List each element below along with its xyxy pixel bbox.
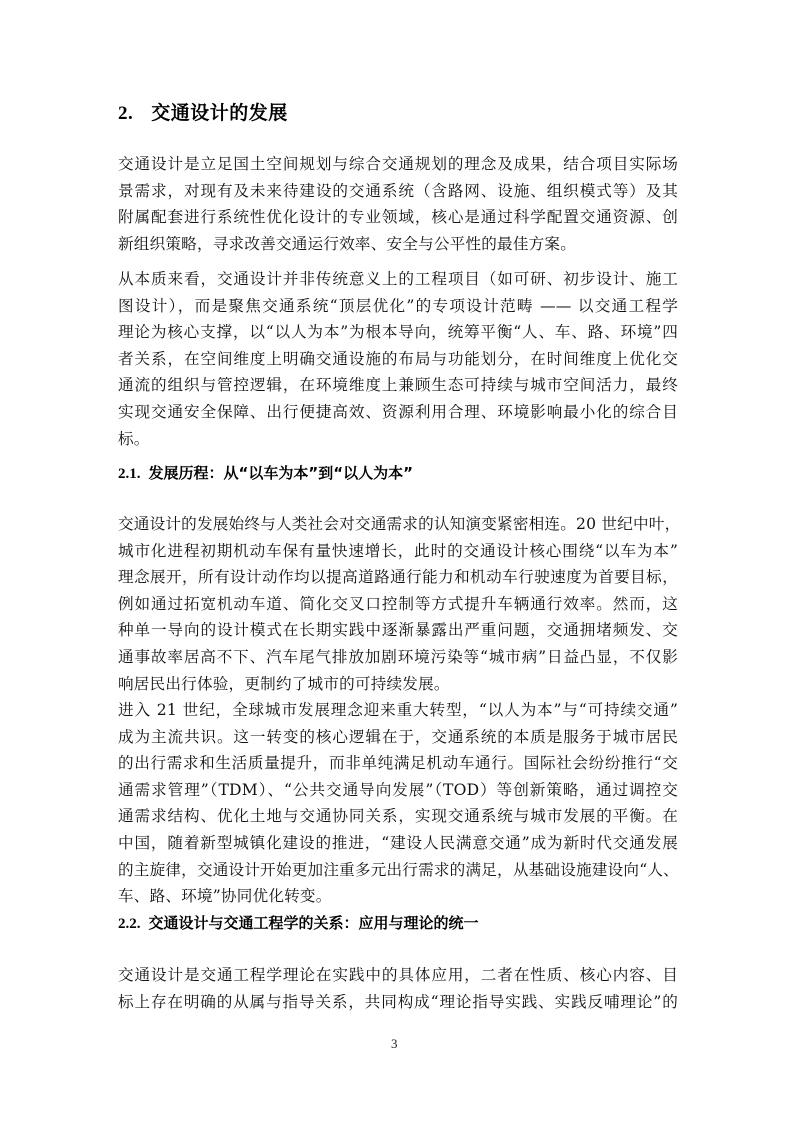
paragraph-21st-century: 进入 21 世纪，全球城市发展理念迎来重大转型，“以人为本”与“可持续交通” 成… xyxy=(118,697,678,910)
page-number: 3 xyxy=(391,1036,398,1052)
text-line: 从本质来看，交通设计并非传统意义上的工程项目（如可研、初步设计、施工 xyxy=(118,266,678,293)
text-line: 中国，随着新型城镇化建设的推进，“建设人民满意交通”成为新时代交通发展 xyxy=(118,830,678,857)
text-line: 进入 21 世纪，全球城市发展理念迎来重大转型，“以人为本”与“可持续交通” xyxy=(118,697,678,724)
text-line: 图设计），而是聚焦交通系统“顶层优化”的专项设计范畴 —— 以交通工程学 xyxy=(118,293,678,320)
text-line: 交通设计的发展始终与人类社会对交通需求的认知演变紧密相连。20 世纪中叶， xyxy=(118,511,678,538)
text-line: 标上存在明确的从属与指导关系，共同构成“理论指导实践、实践反哺理论”的 xyxy=(118,989,678,1016)
text-line: 通事故率居高不下、汽车尾气排放加剧环境污染等“城市病”日益凸显，不仅影 xyxy=(118,644,678,671)
text-line: 标。 xyxy=(118,426,678,453)
text-line: 新组织策略，寻求改善交通运行效率、安全与公平性的最佳方案。 xyxy=(118,231,678,258)
text-line: 种单一导向的设计模式在长期实践中逐渐暴露出严重问题，交通拥堵频发、交 xyxy=(118,617,678,644)
subsection-number: 2.1. xyxy=(118,466,141,482)
section-title: 交通设计的发展 xyxy=(151,102,288,124)
text-line: 交通设计是交通工程学理论在实践中的具体应用，二者在性质、核心内容、目 xyxy=(118,962,678,989)
subsection-heading-2-2: 2.2.交通设计与交通工程学的关系：应用与理论的统一 xyxy=(118,912,479,933)
text-line: 通需求结构、优化土地与交通协同关系，实现交通系统与城市发展的平衡。在 xyxy=(118,803,678,830)
text-line: 通流的组织与管控逻辑，在环境维度上兼顾生态可持续与城市空间活力，最终 xyxy=(118,372,678,399)
text-line: 成为主流共识。这一转变的核心逻辑在于，交通系统的本质是服务于城市居民 xyxy=(118,724,678,751)
text-line: 理念展开，所有设计动作均以提高道路通行能力和机动车行驶速度为首要目标， xyxy=(118,564,678,591)
section-heading: 2.交通设计的发展 xyxy=(118,98,288,125)
text-line: 的出行需求和生活质量提升，而非单纯满足机动车通行。国际社会纷纷推行“交 xyxy=(118,750,678,777)
text-line: 者关系，在空间维度上明确交通设施的布局与功能划分，在时间维度上优化交 xyxy=(118,346,678,373)
text-line: 理论为核心支撑，以“以人为本”为根本导向，统筹平衡“人、车、路、环境”四 xyxy=(118,319,678,346)
section-number: 2. xyxy=(118,103,133,124)
text-line: 景需求，对现有及未来待建设的交通系统（含路网、设施、组织模式等）及其 xyxy=(118,178,678,205)
text-line: 实现交通安全保障、出行便捷高效、资源利用合理、环境影响最小化的综合目 xyxy=(118,399,678,426)
subsection-number: 2.2. xyxy=(118,916,141,932)
paragraph-definition: 交通设计是立足国土空间规划与综合交通规划的理念及成果，结合项目实际场 景需求，对… xyxy=(118,151,678,257)
text-line: 车、路、环境”协同优化转变。 xyxy=(118,883,678,910)
paragraph-relationship: 交通设计是交通工程学理论在实践中的具体应用，二者在性质、核心内容、目 标上存在明… xyxy=(118,962,678,1015)
text-line: 响居民出行体验，更制约了城市的可持续发展。 xyxy=(118,671,678,698)
subsection-heading-2-1: 2.1.发展历程：从“以车为本”到“以人为本” xyxy=(118,462,413,483)
document-page: 2.交通设计的发展 交通设计是立足国土空间规划与综合交通规划的理念及成果，结合项… xyxy=(0,0,793,1122)
paragraph-history: 交通设计的发展始终与人类社会对交通需求的认知演变紧密相连。20 世纪中叶， 城市… xyxy=(118,511,678,697)
text-line: 例如通过拓宽机动车道、简化交叉口控制等方式提升车辆通行效率。然而，这 xyxy=(118,591,678,618)
subsection-title: 交通设计与交通工程学的关系：应用与理论的统一 xyxy=(149,914,479,932)
text-line: 交通设计是立足国土空间规划与综合交通规划的理念及成果，结合项目实际场 xyxy=(118,151,678,178)
paragraph-essence: 从本质来看，交通设计并非传统意义上的工程项目（如可研、初步设计、施工 图设计），… xyxy=(118,266,678,452)
subsection-title: 发展历程：从“以车为本”到“以人为本” xyxy=(149,464,413,482)
text-line: 附属配套进行系统性优化设计的专业领域，核心是通过科学配置交通资源、创 xyxy=(118,204,678,231)
text-line: 城市化进程初期机动车保有量快速增长，此时的交通设计核心围绕“以车为本” xyxy=(118,538,678,565)
text-line: 的主旋律，交通设计开始更加注重多元出行需求的满足，从基础设施建设向“人、 xyxy=(118,857,678,884)
text-line: 通需求管理”（TDM）、“公共交通导向发展”（TOD）等创新策略，通过调控交 xyxy=(118,777,678,804)
